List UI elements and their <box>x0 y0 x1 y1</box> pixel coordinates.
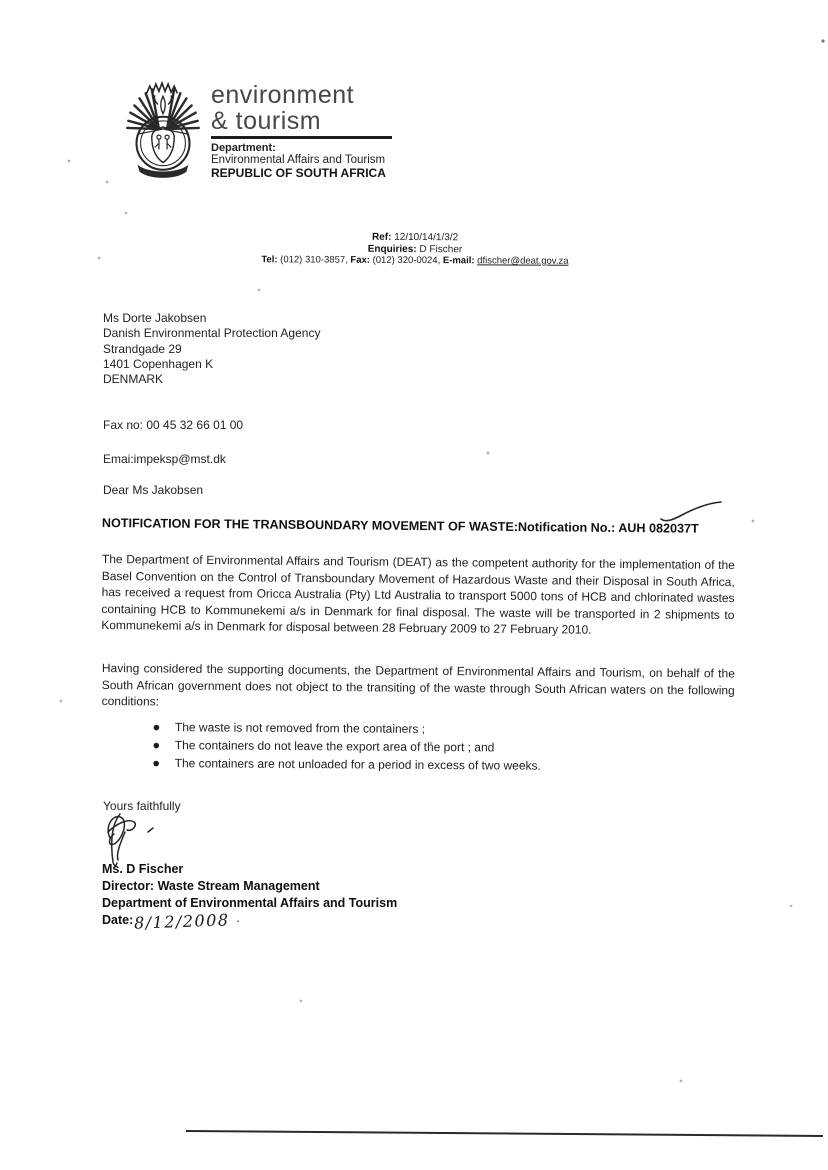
scanned-letter-page: environment & tourism Department: Enviro… <box>0 0 828 1170</box>
wordmark-line1: environment <box>211 82 354 108</box>
list-item: The containers are not unloaded for a pe… <box>152 755 652 776</box>
recipient-city: 1401 Copenhagen K <box>103 357 320 372</box>
bullet-icon <box>154 725 160 731</box>
body-paragraph-2: Having considered the supporting documen… <box>102 660 735 715</box>
footer-rule <box>186 1130 823 1137</box>
recipient-street: Strandgade 29 <box>103 342 320 357</box>
fax-label: Fax: <box>350 255 370 266</box>
date-line: Date: 8/12/2008 · <box>102 913 240 931</box>
condition-text: The containers do not leave the export a… <box>175 737 495 757</box>
ref-value: 12/10/14/1/3/2 <box>394 232 458 243</box>
tel-value: (012) 310-3857, <box>280 254 348 265</box>
body-paragraph-1: The Department of Environmental Affairs … <box>101 551 735 640</box>
reference-block: Ref: 12/10/14/1/3/2 Enquiries: D Fischer… <box>233 231 597 268</box>
country-name: REPUBLIC OF SOUTH AFRICA <box>211 166 386 180</box>
letterhead-rule <box>211 136 392 139</box>
sender-email: dfischer@deat.gov.za <box>477 255 568 266</box>
signatory-name: Ms. D Fischer <box>102 862 183 876</box>
recipient-fax: Fax no: 00 45 32 66 01 00 <box>103 418 243 432</box>
recipient-address: Ms Dorte Jakobsen Danish Environmental P… <box>103 311 320 387</box>
handwritten-signature-icon <box>100 810 170 870</box>
fax-value: (012) 320-0024, <box>373 255 441 266</box>
recipient-org: Danish Environmental Protection Agency <box>103 326 320 341</box>
signatory-department: Department of Environmental Affairs and … <box>102 896 397 910</box>
recipient-country: DENMARK <box>103 372 320 387</box>
pen-dot: · <box>236 913 240 928</box>
condition-text: The containers are not unloaded for a pe… <box>175 755 541 775</box>
conditions-list: The waste is not removed from the contai… <box>152 719 652 776</box>
signatory-title: Director: Waste Stream Management <box>102 879 320 893</box>
salutation: Dear Ms Jakobsen <box>103 483 203 497</box>
bullet-icon <box>153 760 159 766</box>
ref-label: Ref: <box>372 232 392 243</box>
handwritten-date: 8/12/2008 <box>134 910 230 932</box>
enquiries-value: D Fischer <box>419 244 462 255</box>
tel-label: Tel: <box>261 254 277 265</box>
wordmark-line2: & tourism <box>211 108 354 134</box>
department-name: Environmental Affairs and Tourism <box>211 154 385 166</box>
department-label: Department: <box>211 142 276 154</box>
bullet-icon <box>154 743 160 749</box>
date-label: Date: <box>102 913 133 927</box>
enquiries-label: Enquiries: <box>368 243 417 254</box>
wordmark: environment & tourism <box>211 82 354 134</box>
coat-of-arms-icon <box>118 78 208 182</box>
condition-text: The waste is not removed from the contai… <box>175 719 425 739</box>
tel-fax-email-line: Tel: (012) 310-3857, Fax: (012) 320-0024… <box>233 254 597 268</box>
scan-noise <box>0 0 2 2</box>
handwritten-checkmark-icon <box>655 500 727 524</box>
subject-line: NOTIFICATION FOR THE TRANSBOUNDARY MOVEM… <box>102 516 734 536</box>
email-label: E-mail: <box>443 255 475 266</box>
recipient-name: Ms Dorte Jakobsen <box>103 311 320 326</box>
recipient-email: Emai:impeksp@mst.dk <box>103 452 226 466</box>
